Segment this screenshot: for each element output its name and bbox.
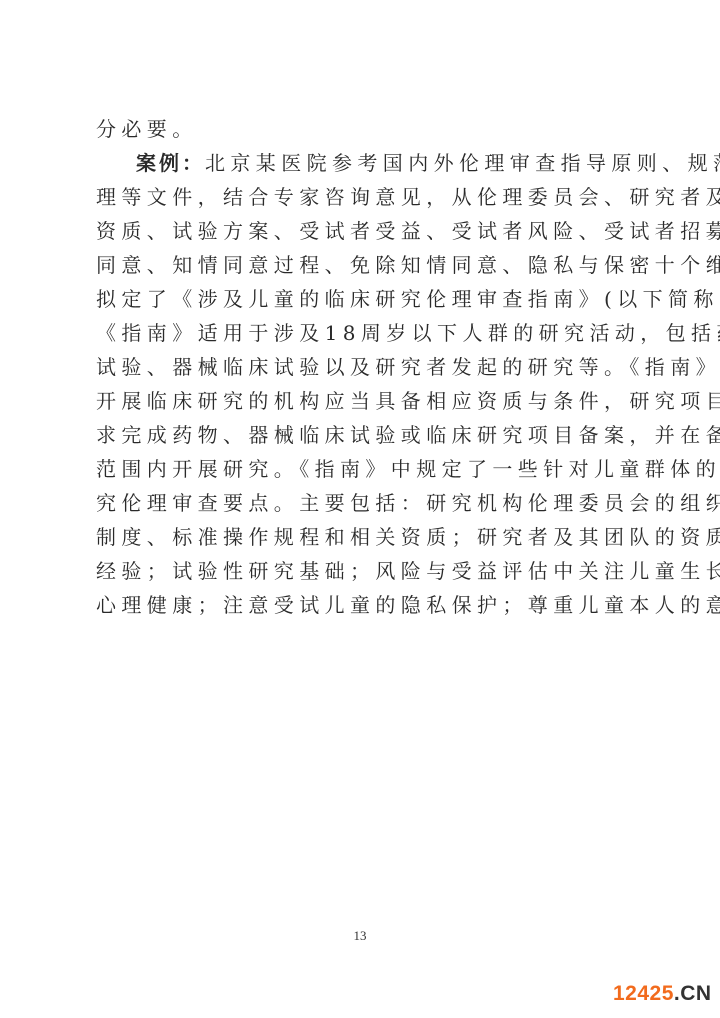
text-line: 《指南》适用于涉及18周岁以下人群的研究活动，包括药物临床 [96,316,636,350]
watermark-domain: .CN [674,982,712,1005]
text-line: 同意、知情同意过程、免除知情同意、隐私与保密十个维度出发， [96,248,636,282]
page-body: 分必要。 案例：北京某医院参考国内外伦理审查指导原则、规范、管 理等文件，结合专… [96,112,636,622]
text-line: 心理健康；注意受试儿童的隐私保护；尊重儿童本人的意愿等。 [96,588,636,622]
page-number: 13 [0,928,720,944]
text-line: 求完成药物、器械临床试验或临床研究项目备案，并在备案项目 [96,418,636,452]
case-first-line-text: 北京某医院参考国内外伦理审查指导原则、规范、管 [205,151,720,175]
case-paragraph-first-line: 案例：北京某医院参考国内外伦理审查指导原则、规范、管 [96,146,636,180]
text-line: 制度、标准操作规程和相关资质；研究者及其团队的资质与工作 [96,520,636,554]
case-label: 案例： [136,151,205,175]
site-watermark-logo: 12425.CN [613,982,712,1006]
text-line: 拟定了《涉及儿童的临床研究伦理审查指南》(以下简称《指南》)。 [96,282,636,316]
text-line: 资质、试验方案、受试者受益、受试者风险、受试者招募、知情 [96,214,636,248]
text-line: 范围内开展研究。《指南》中规定了一些针对儿童群体的临床研 [96,452,636,486]
text-line: 经验；试验性研究基础；风险与受益评估中关注儿童生长发育与 [96,554,636,588]
text-line: 试验、器械临床试验以及研究者发起的研究等。《指南》规定， [96,350,636,384]
text-line: 究伦理审查要点。主要包括：研究机构伦理委员会的组织构架、 [96,486,636,520]
text-line: 理等文件，结合专家咨询意见，从伦理委员会、研究者及其团队 [96,180,636,214]
text-line: 分必要。 [96,112,636,146]
text-line: 开展临床研究的机构应当具备相应资质与条件，研究项目已按要 [96,384,636,418]
watermark-number: 12425 [613,982,674,1005]
